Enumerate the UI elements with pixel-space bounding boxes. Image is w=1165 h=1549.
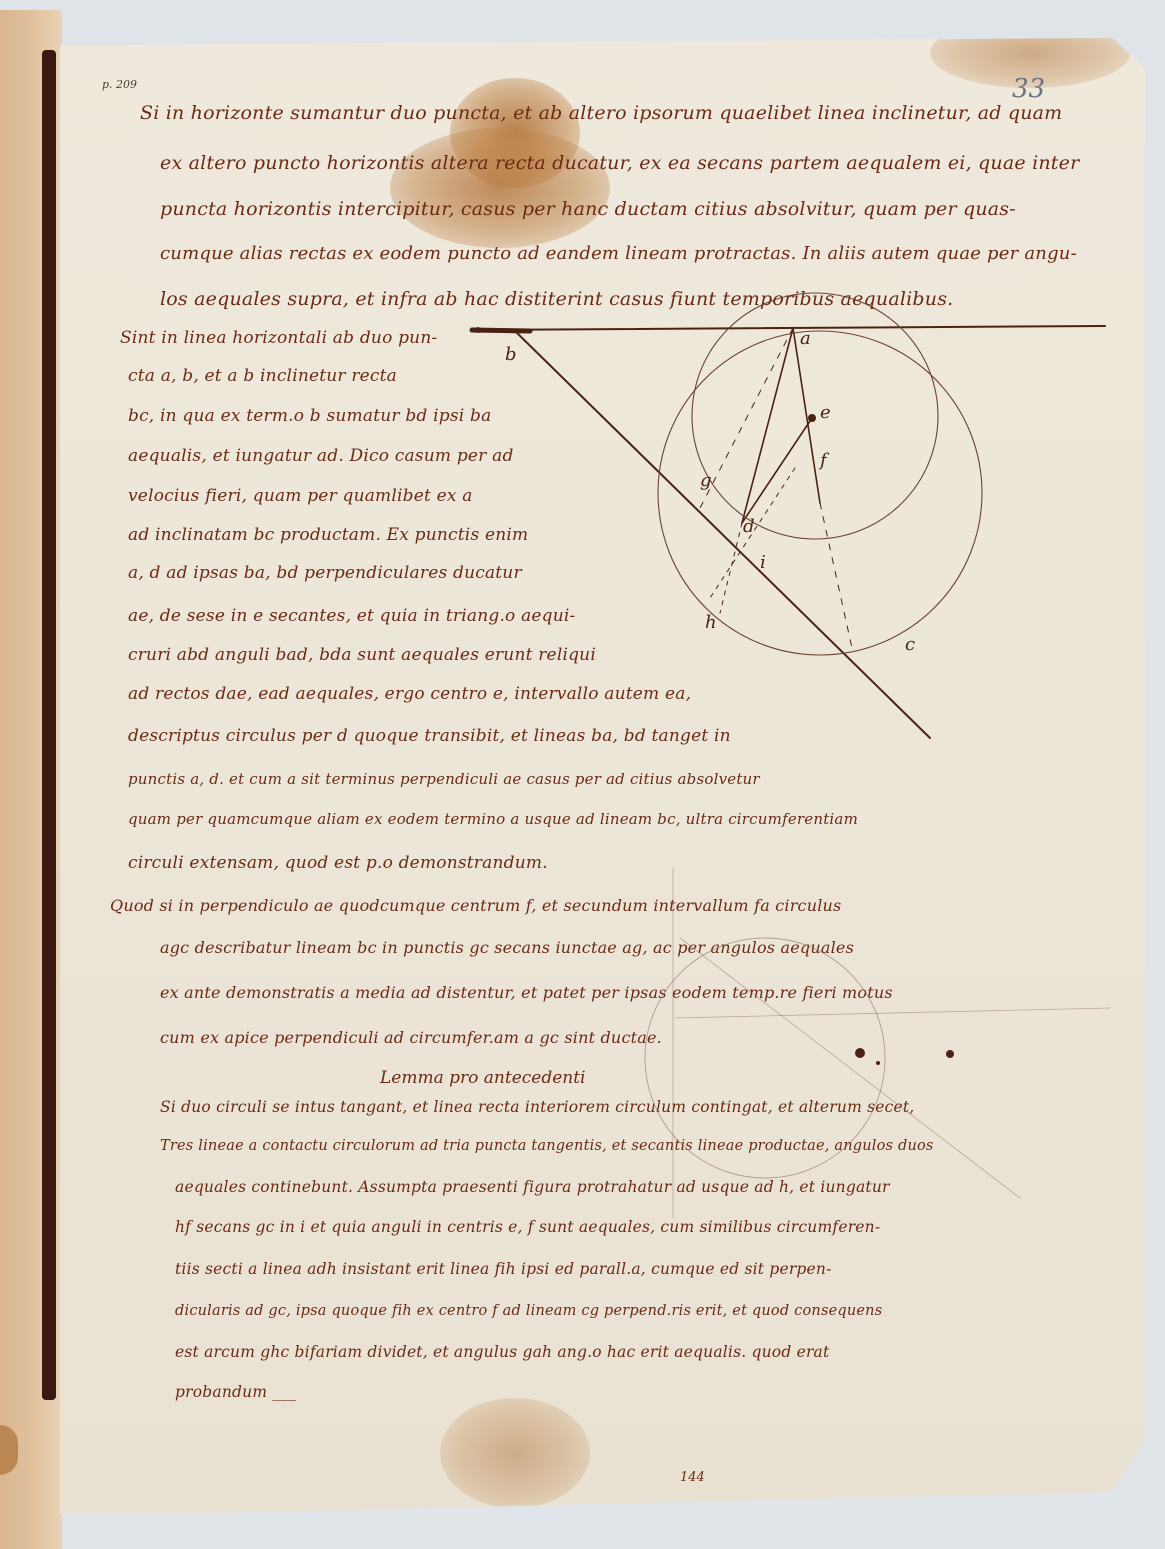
label-b: b bbox=[505, 344, 517, 365]
label-g: g bbox=[700, 470, 712, 491]
label-e: e bbox=[820, 402, 831, 423]
binding-edge bbox=[42, 50, 56, 1400]
label-i: i bbox=[760, 552, 766, 573]
label-d: d bbox=[743, 516, 755, 537]
geometric-figure: b a e f g d i h c bbox=[60, 38, 1145, 1514]
label-h: h bbox=[705, 612, 717, 633]
manuscript-page: p. 209 33 Si in horizonte sumantur duo p… bbox=[60, 38, 1145, 1514]
label-a: a bbox=[800, 328, 811, 349]
label-f: f bbox=[818, 450, 830, 471]
label-c: c bbox=[905, 634, 915, 655]
